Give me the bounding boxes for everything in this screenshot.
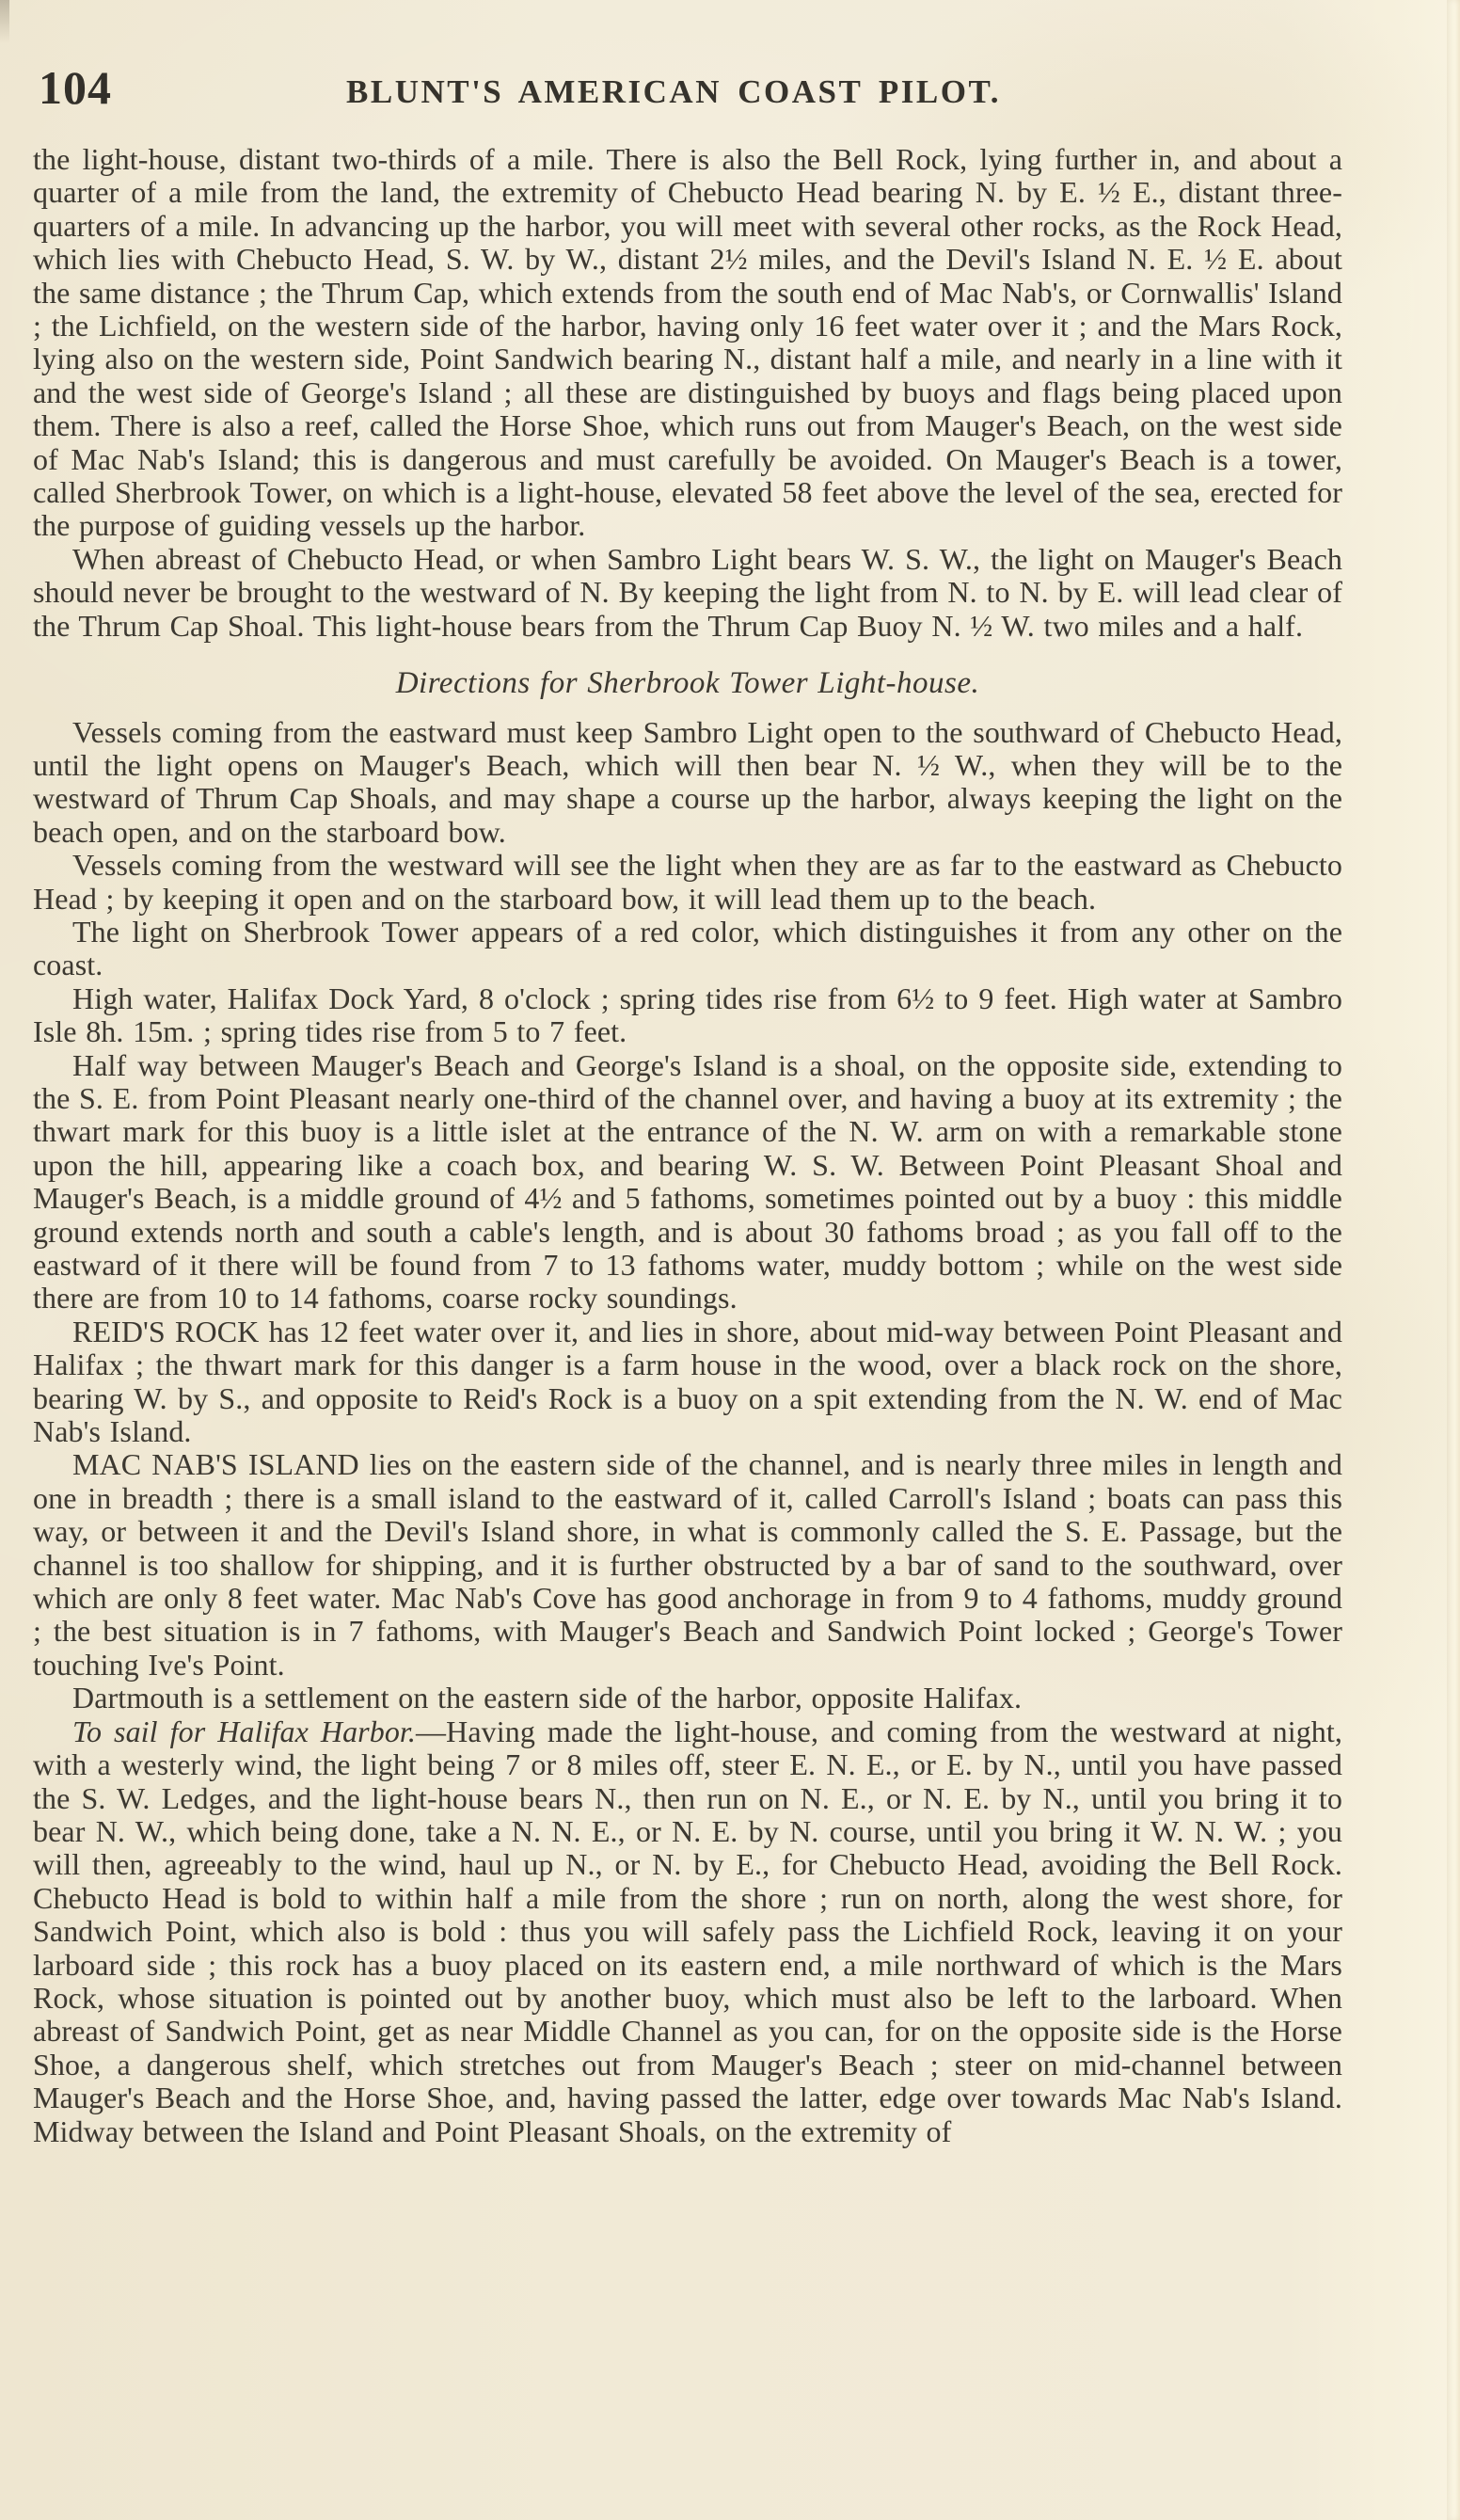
paragraph: Vessels coming from the westward will se…: [33, 849, 1342, 916]
paragraph: Vessels coming from the eastward must ke…: [33, 716, 1342, 850]
paragraph: Dartmouth is a settlement on the eastern…: [33, 1682, 1342, 1715]
scan-edge-artifact: [0, 0, 9, 43]
paragraph: To sail for Halifax Harbor.—Having made …: [33, 1715, 1342, 2148]
paragraph: The light on Sherbrook Tower appears of …: [33, 916, 1342, 982]
page-body: the light-house, distant two-thirds of a…: [33, 143, 1342, 2148]
paragraph: Half way between Mauger's Beach and Geor…: [33, 1049, 1342, 1316]
page-edge: [1447, 0, 1460, 2520]
section-heading: Directions for Sherbrook Tower Light-hou…: [33, 667, 1342, 700]
paragraph: MAC NAB'S ISLAND lies on the eastern sid…: [33, 1448, 1342, 1682]
paragraph-text: —Having made the light-house, and coming…: [33, 1715, 1342, 2148]
paragraph: When abreast of Chebucto Head, or when S…: [33, 543, 1342, 643]
book-page: 104 BLUNT'S AMERICAN COAST PILOT. the li…: [0, 0, 1460, 2520]
running-title: BLUNT'S AMERICAN COAST PILOT.: [33, 73, 1314, 111]
paragraph-lead-italic: To sail for Halifax Harbor.: [72, 1715, 416, 1748]
paragraph: High water, Halifax Dock Yard, 8 o'clock…: [33, 982, 1342, 1049]
paragraph: REID'S ROCK has 12 feet water over it, a…: [33, 1316, 1342, 1449]
page-header: 104 BLUNT'S AMERICAN COAST PILOT.: [33, 60, 1342, 136]
paragraph: the light-house, distant two-thirds of a…: [33, 143, 1342, 543]
